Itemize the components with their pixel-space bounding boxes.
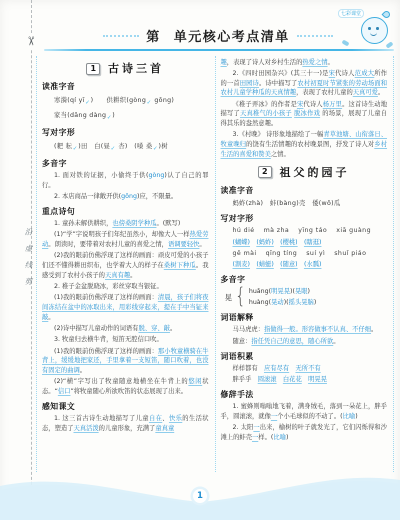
text-run: 马马虎虎： (233, 326, 264, 333)
title-dots-left (103, 35, 139, 37)
answer-text: (割麦) (233, 261, 251, 268)
paragraph: 2. 稚子金盆脱晓冰，彩丝穿取当银钲。 (42, 282, 209, 292)
text-run: (2)诗中描写儿童动作的词语有 (54, 325, 138, 332)
text-run: 1. 童孙未解供耕织， (54, 220, 112, 227)
text-run: 。 (199, 241, 205, 248)
multi-pronunciation-block: 晃{huǎng(明晃晃)(晃眼)huàng(晃动)(摇头晃脑) (225, 287, 388, 308)
text-run: huàng( (249, 299, 271, 306)
answer-text: 圆滚滚 (258, 376, 277, 383)
text-run: 3. 牧童归去横牛背，短笛无腔信口吹。 (54, 336, 163, 343)
text-run: )应，不限量。 (137, 193, 177, 200)
answer-text: 天真可爱 (353, 89, 378, 96)
lesson-name: 古诗三首 (108, 62, 164, 75)
title-dots-right (297, 35, 333, 37)
text-run: ) 供耕织(gòng (91, 97, 147, 104)
paragraph: (2)诗中描写儿童动作的词语有脱、穿、敲。 (42, 324, 209, 334)
answer-text: 自在 (149, 415, 162, 422)
character: 晃 (225, 292, 233, 303)
paragraph: 家当(dāng dàng✓) (42, 111, 209, 123)
answer-text: 白花花 (283, 376, 302, 383)
subsection-heading: 词语解释 (221, 312, 388, 323)
text-run: 的饶有生活情趣的农村晚景图，抒发了诗人对 (246, 141, 374, 148)
answer-text: 天真活泼 (73, 425, 98, 432)
text-run: ) (308, 288, 310, 295)
text-run: 1. 这三首古诗生动地描写了儿童 (54, 415, 149, 422)
text-run: 。 (130, 272, 136, 279)
text-run: 随意： (233, 338, 252, 345)
text-run: 2. 太阳 (233, 424, 254, 431)
page-number: 1 (193, 489, 207, 503)
paragraph: 1. 蜜蜂则嗡嗡地飞着，满身绒毛，落到一朵花上，胖乎乎，圆滚滚，就像一个小毛球似… (221, 402, 388, 422)
paragraph: (2)我的眼前仿佛浮现了这样的画面：顽皮可爱的小孩子们还不懂得耕田织布，也学着大… (42, 251, 209, 280)
text-run: ) (112, 112, 115, 119)
answer-text: 无所不有 (295, 365, 320, 372)
text-run: 寒漪(qí yī (54, 97, 85, 104)
text-run: 3.《村晚》 诗形象地描绘了一幅 (233, 131, 324, 138)
text-run: 代诗人 (335, 70, 355, 77)
answer-text: 桑树下种瓜 (164, 262, 196, 269)
paragraph: 3. 牧童归去横牛背，短笛无腔信口吹。 (42, 335, 209, 345)
text-run: 样。( (258, 434, 273, 441)
paragraph: 1. 面对铁的证据，小偷终于供(gòng)认了自己的罪行。 (42, 171, 209, 191)
answer-text: 范成大 (355, 70, 375, 77)
text-run: ”将牧童随心所欲吹笛的状态展现了出来。 (70, 388, 187, 395)
paragraph: 3.《村晚》 诗形象地描绘了一幅青草池塘、山衔落日、牧童晚归的饶有生活情趣的农村… (221, 130, 388, 159)
text-run: 。 (170, 325, 176, 332)
answer-text: (瞎逛) (304, 239, 322, 246)
lesson-number: 1 (86, 63, 100, 75)
text-run: (1)“学”字说明孩子们年纪虽然小，却像大人一样 (54, 231, 190, 238)
answer-text: (蝴蝶) (233, 239, 251, 246)
text-run: 。 (80, 367, 86, 374)
text-run: 。 (371, 326, 377, 333)
paragraph: (2)“横”字写出了牧童随意地横坐在牛背上的悠闲状态。“信口”将牧童随心所欲吹笛… (42, 377, 209, 397)
paragraph: (蝴蝶) (蚂蚱) (樱桃) (瞎逛) (221, 238, 388, 248)
mascot-brand-label: 七彩课堂 (338, 9, 364, 18)
answer-text: 田园诗 (240, 80, 259, 87)
paragraph: 1. 这三首古诗生动地描写了儿童自在、快乐的生活状态，塑造了天真活泼的儿童形象，… (42, 414, 209, 434)
text-run: 2.《四时田园杂兴》(其三十一)是 (233, 70, 329, 77)
answer-text: 杨万里 (323, 101, 342, 108)
text-run: huǎng( (249, 288, 271, 295)
answer-text: (樱桃) (280, 239, 298, 246)
water-drop-icon (382, 10, 392, 20)
check-icon: ✓ (147, 100, 152, 106)
answer-text: 指做得一般。形容做事不认真、不仔细 (264, 326, 371, 333)
lesson-title: 1古诗三首 (42, 60, 209, 76)
answer-text: (蜻蜓) (256, 261, 274, 268)
paragraph: 蚂蚱(zhà) 蚌(bàng)壳 倭(wō)瓜 (221, 199, 388, 209)
text-run: ) (314, 299, 316, 306)
paragraph: (耙 耘✓)田 白(昼✓ 杏) (嗓 桑✓)树 (42, 142, 209, 154)
text-run: gōng) (152, 97, 174, 104)
content-area: 1古诗三首读准字音寒漪(qí yī✓) 供耕织(gòng✓ gōng)家当(dā… (36, 56, 394, 472)
answer-text: 童真童 (155, 425, 174, 432)
cut-instruction-label: 沿虚线剪 (23, 228, 34, 294)
answer-text: 热爱之情 (302, 59, 327, 66)
text-run: hú dié mà zha yīng táo xiā guàng (233, 227, 371, 234)
text-run: (1)我的眼前仿佛浮现了这样的画面： (54, 348, 158, 355)
text-run: 、 (162, 415, 169, 422)
text-run: 。朗读时，要带着对农村儿童的喜爱之情， (48, 241, 168, 248)
subsection-heading: 词语积累 (221, 351, 388, 362)
pronunciation-line: huǎng(明晃晃)(晃眼) (249, 287, 316, 297)
mascot-face-icon (361, 17, 388, 44)
text-run: gē mài qīng tíng suí yì shuǐ piáo (233, 250, 367, 257)
answer-text: 脱、穿、敲 (138, 325, 169, 332)
answer-text: 语调要轻快 (168, 241, 199, 248)
text-run: 。 (328, 59, 334, 66)
text-run: 样样都有 (233, 365, 264, 372)
title-suffix: 单元核心考点清单 (174, 30, 290, 45)
paragraph: 2. 太阳一出来，榆树的叶子就发光了，它们闪烁得和沙滩上的蚌壳一样。(比喻) (221, 423, 388, 443)
title-prefix: 第 (146, 30, 161, 45)
answer-text: 明晃晃 (308, 376, 327, 383)
text-run: 蚂蚱(zhà) 蚌(bàng)壳 倭(wō)瓜 (233, 200, 341, 207)
pronunciation-line: huàng(晃动)(摇头晃脑) (249, 298, 316, 308)
right-column: 趣，表现了诗人对乡村生活的热爱之情。2.《四时田园杂兴》(其三十一)是宋代诗人范… (216, 56, 395, 472)
paragraph: 1. 童孙未解供耕织，也傍桑阴学种瓜。(默写) (42, 219, 209, 229)
text-run: ) (286, 434, 288, 441)
worksheet-page: ✂ 沿虚线剪 第单元核心考点清单 七彩课堂 1古诗三首读准字音寒漪(qí yī✓… (0, 0, 400, 520)
answer-text: 脱冰作戏 (294, 110, 320, 117)
text-run: 《稚子弄冰》的作者是 (233, 101, 297, 108)
answer-text: 明晃晃 (271, 288, 290, 295)
paragraph: 马马虎虎：指做得一般。形容做事不认真、不仔细。 (221, 325, 388, 335)
text-run: 个小毛球似的不动了。( (277, 413, 342, 420)
answer-text: 摇头晃脑 (289, 299, 314, 306)
paragraph: hú dié mà zha yīng táo xiā guàng (221, 226, 388, 236)
answer-text: gōng (121, 193, 137, 200)
page-title: 第单元核心考点清单 (146, 26, 290, 45)
text-run: 。(默写) (156, 220, 180, 227)
paragraph: 寒漪(qí yī✓) 供耕织(gòng✓ gōng) (42, 96, 209, 108)
text-run: 2. 稚子金盆脱晓冰，彩丝穿取当银钲。 (54, 283, 163, 290)
paragraph: 样样都有 应有尽有 无所不有 (221, 364, 388, 374)
text-run: 。诗中描写了 (259, 80, 297, 87)
text-run: 。 (333, 338, 339, 345)
text-run: )田 白(昼 (78, 143, 110, 150)
answer-text: 指任凭自己的意思，随心所欲 (251, 338, 333, 345)
subsection-heading: 读准字音 (42, 81, 209, 92)
answer-text: 悠闲 (188, 378, 202, 385)
text-run: 2. 本店商品一律敞开供( (54, 193, 121, 200)
text-run: 1. 面对铁的证据，小偷终于供( (54, 172, 149, 179)
check-icon: ✓ (73, 146, 78, 152)
answer-text: 天真有趣 (105, 272, 130, 279)
text-run: 。 (378, 89, 384, 96)
subsection-heading: 写对字形 (42, 127, 209, 138)
paragraph: gē mài qīng tíng suí yì shuǐ piáo (221, 249, 388, 259)
answer-text: (水瓢) (304, 261, 322, 268)
subsection-heading: 修辞手法 (221, 389, 388, 400)
text-run: 胖乎乎 (233, 376, 258, 383)
paragraph: 随意：指任凭自己的意思，随心所欲。 (221, 337, 388, 347)
paragraph: (1)我的眼前仿佛浮现了这样的画面：那小牧童横骑在牛背上，缓缓地把家还，手里拿着… (42, 347, 209, 376)
subsection-heading: 感知课文 (42, 401, 209, 412)
paragraph: 《稚子弄冰》的作者是宋代诗人杨万里。这首诗生动地描写了天真稚气的小孩子 脱冰作戏… (221, 100, 388, 129)
lesson-number: 2 (258, 166, 272, 178)
subsection-heading: 读准字音 (221, 185, 388, 196)
brace: { (235, 287, 246, 308)
answer-text: 比喻 (343, 413, 356, 420)
text-run: (2)“横”字写出了牧童随意地横坐在牛背上的 (54, 378, 188, 385)
text-run: ) (355, 413, 357, 420)
subsection-heading: 重点诗句 (42, 206, 209, 217)
text-run: (1)我的眼前仿佛浮现了这样的画面： (54, 294, 158, 301)
text-run: ，表现了诗人对乡村生活的 (227, 59, 303, 66)
answer-text: 信口 (58, 388, 71, 395)
lesson-name: 祖父的园子 (280, 166, 350, 179)
text-run: 。 (48, 314, 54, 321)
text-run: 的儿童形象，充满了 (99, 425, 156, 432)
paragraph: (割麦) (蜻蜓) (随意) (水瓢) (221, 260, 388, 270)
check-icon: ✓ (85, 100, 90, 106)
text-run: 之情。 (271, 151, 290, 158)
check-icon: ✓ (111, 146, 116, 152)
paragraph: (1)我的眼前仿佛浮现了这样的画面：清晨，孩子们将夜间冻结在盆中的冰取出来，用彩… (42, 293, 209, 322)
answer-text: 比喻 (273, 434, 286, 441)
answer-text: 天真稚气的小孩子 (240, 110, 292, 117)
paragraph: 胖乎乎 圆滚滚 白花花 明晃晃 (221, 375, 388, 385)
text-run: (耙 耘 (54, 143, 72, 150)
text-run: )树 (158, 143, 167, 150)
paragraph: 2.《四时田园杂兴》(其三十一)是宋代诗人范成大所作的一首田园诗。诗中描写了农村… (221, 69, 388, 98)
answer-text: 应有尽有 (264, 365, 289, 372)
lesson-title: 2祖父的园子 (221, 164, 388, 180)
text-run: ，表现了农村儿童的 (296, 89, 353, 96)
paragraph: 2. 本店商品一律敞开供(gōng)应，不限量。 (42, 192, 209, 202)
answer-text: gòng (149, 172, 165, 179)
subsection-heading: 写对字形 (221, 213, 388, 224)
left-column: 1古诗三首读准字音寒漪(qí yī✓) 供耕织(gòng✓ gōng)家当(dā… (36, 56, 216, 472)
paragraph: 趣，表现了诗人对乡村生活的热爱之情。 (221, 58, 388, 68)
answer-text: 也傍桑阴学种瓜 (112, 220, 156, 227)
text-run: 家当(dāng dàng (54, 112, 106, 119)
answer-text: 晃动 (271, 299, 284, 306)
answer-text: 快乐 (169, 415, 182, 422)
answer-text: (蚂蚱) (256, 239, 274, 246)
paragraph: (1)“学”字说明孩子们年纪虽然小，却像大人一样热爱劳动。朗读时，要带着对农村儿… (42, 230, 209, 250)
answer-text: 晃眼 (295, 288, 308, 295)
subsection-heading: 多音字 (42, 158, 209, 169)
scissors-icon: ✂ (23, 33, 39, 49)
answer-text: (随意) (280, 261, 298, 268)
mascot: 七彩课堂 (338, 5, 396, 51)
text-run: 代诗人 (303, 101, 322, 108)
text-run: 杏) (嗓 桑 (116, 143, 153, 150)
